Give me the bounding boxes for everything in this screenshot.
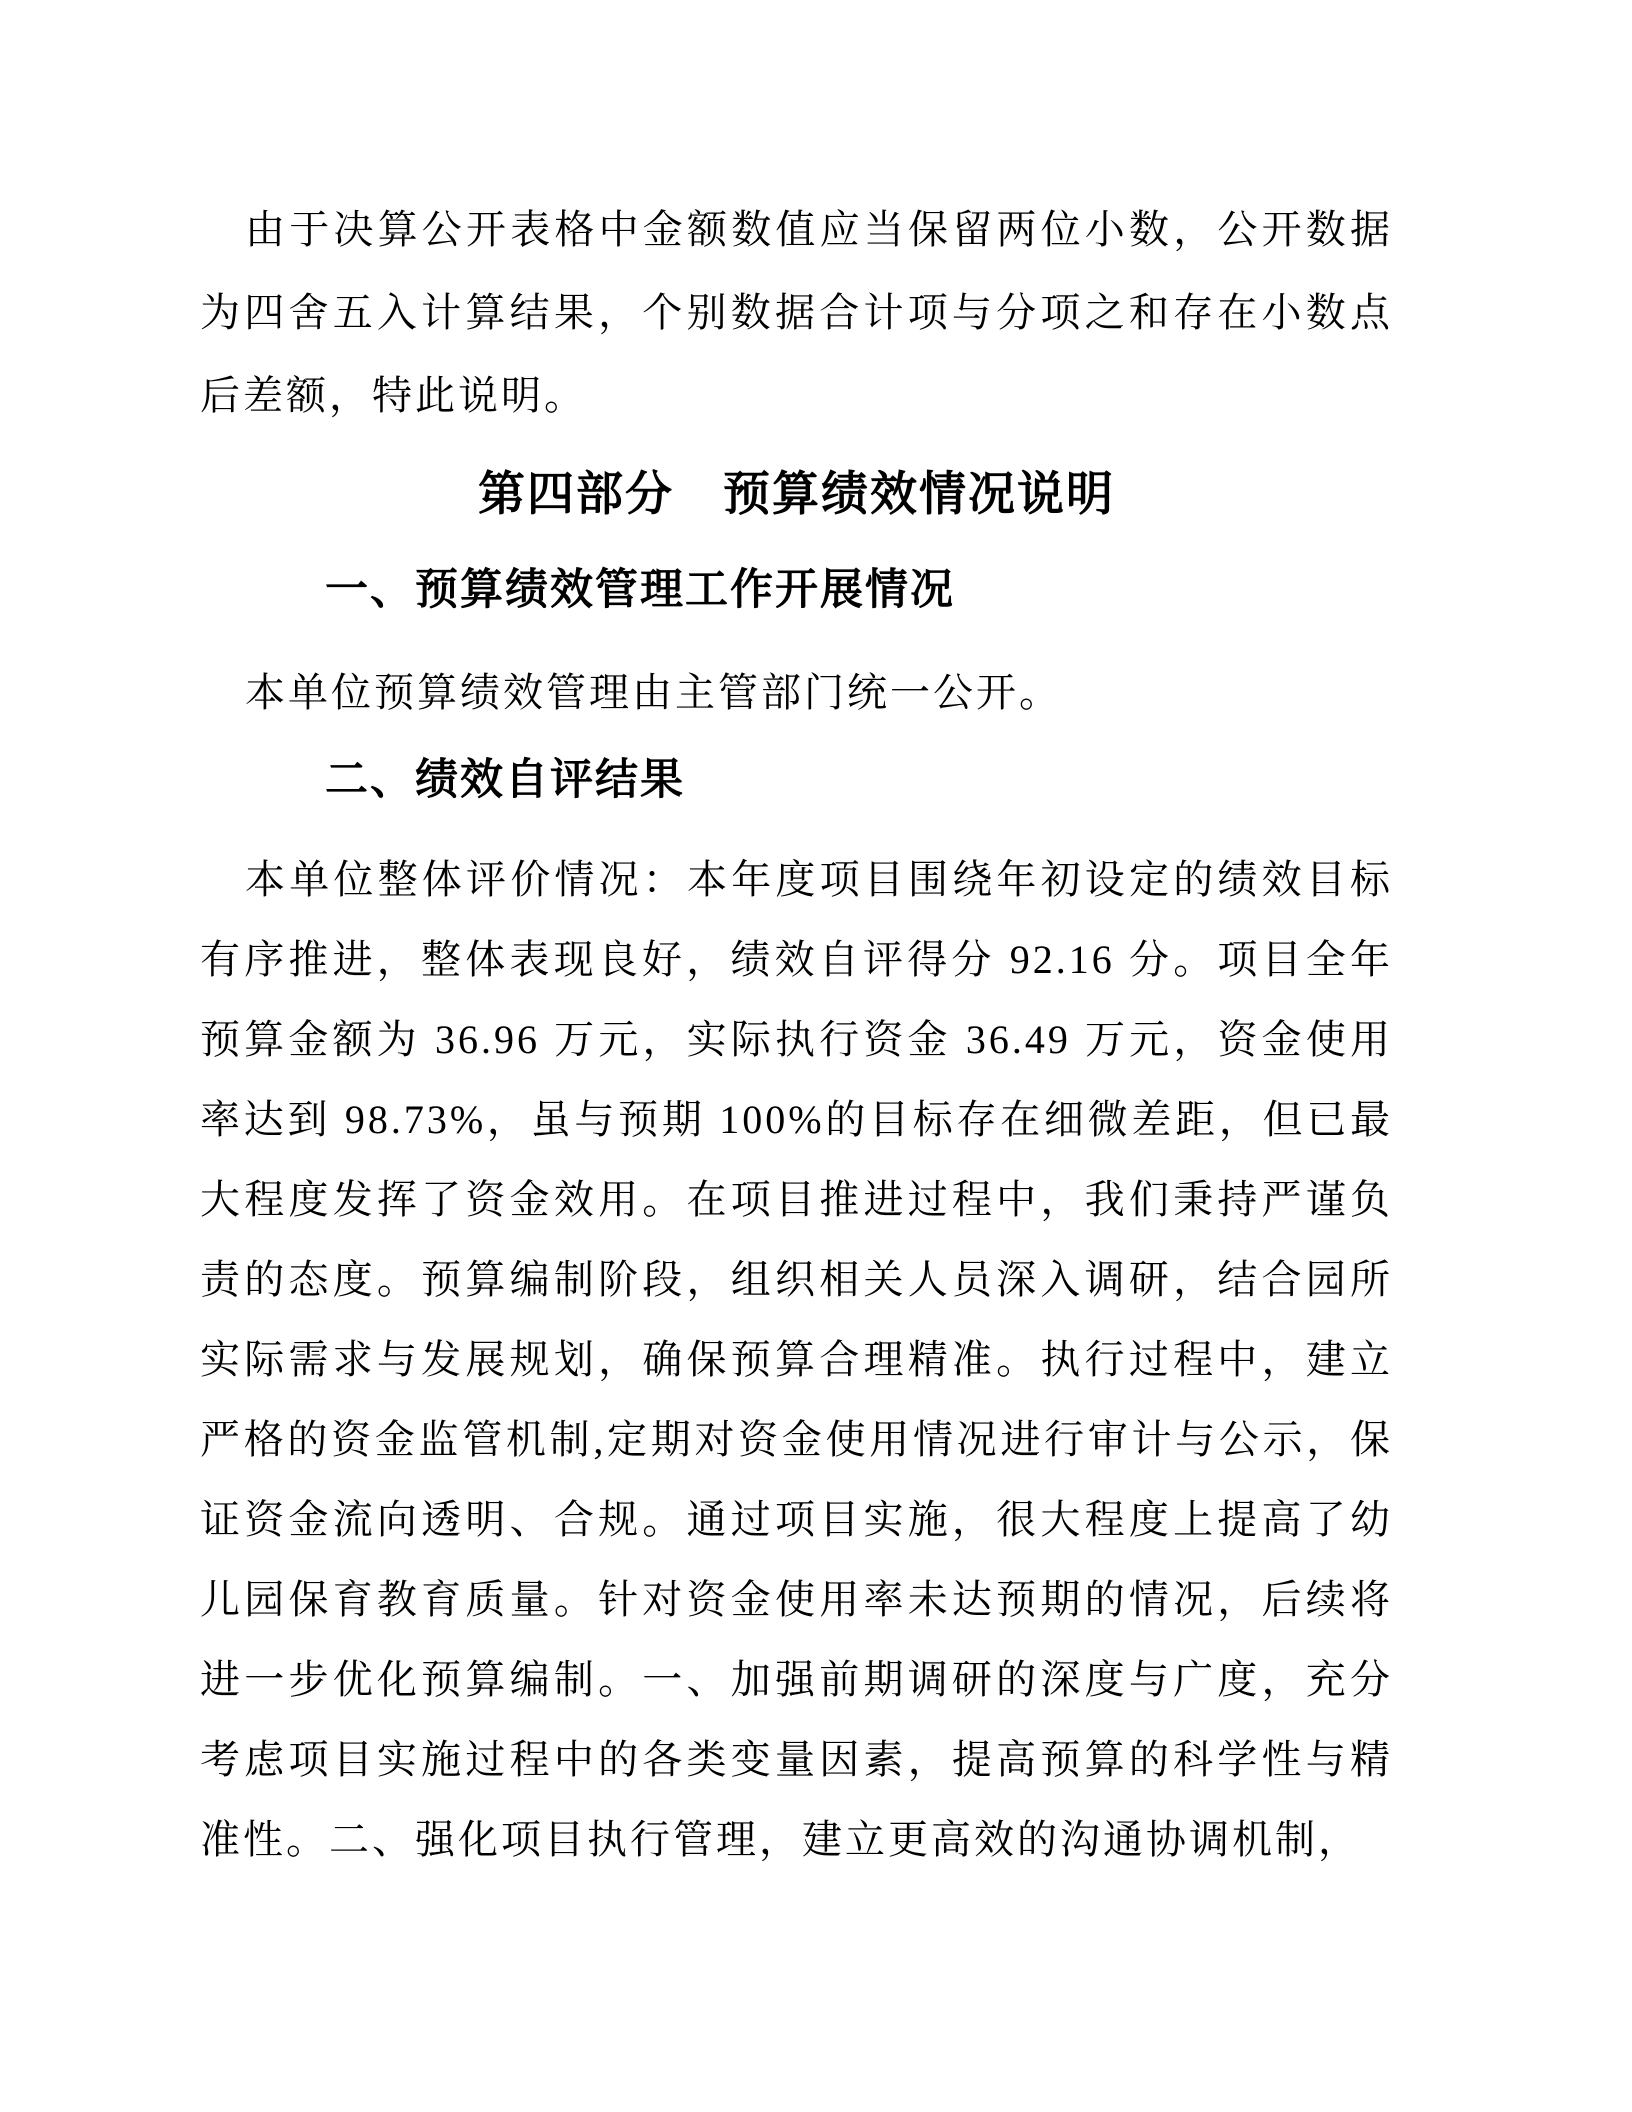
document-content: 由于决算公开表格中金额数值应当保留两位小数，公开数据为四舍五入计算结果，个别数据… [0,0,1632,1880]
section-two-body: 本单位整体评价情况：本年度项目围绕年初设定的绩效目标有序推进，整体表现良好，绩效… [200,840,1393,1880]
document-page: 由于决算公开表格中金额数值应当保留两位小数，公开数据为四舍五入计算结果，个别数据… [0,0,1632,2112]
section-two-heading: 二、绩效自评结果 [200,738,1393,822]
section-one-body: 本单位预算绩效管理由主管部门统一公开。 [200,651,1393,734]
part-heading: 第四部分 预算绩效情况说明 [200,453,1393,537]
section-one-heading: 一、预算绩效管理工作开展情况 [200,548,1393,632]
intro-paragraph: 由于决算公开表格中金额数值应当保留两位小数，公开数据为四舍五入计算结果，个别数据… [200,188,1393,437]
